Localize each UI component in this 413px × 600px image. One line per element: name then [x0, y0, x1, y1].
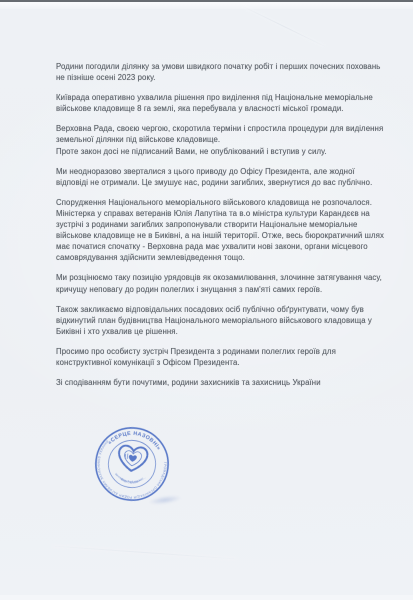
paragraph: Ми розцінюємо таку позицію урядовців як …	[56, 272, 404, 294]
memorial-columns-mark	[125, 453, 128, 459]
paragraph: Ми неодноразово зверталися з цього приво…	[56, 166, 404, 188]
paragraph: Верховна Рада, своєю чергою, скоротила т…	[56, 123, 404, 156]
scan-edge-top-light	[0, 2, 413, 9]
heart-logo	[117, 445, 148, 473]
letter-body: Родини погодили ділянку за умови швидког…	[56, 61, 404, 397]
paragraph: Родини погодили ділянку за умови швидког…	[56, 61, 404, 83]
scan-edge-bottom	[0, 595, 413, 600]
paragraph: Спорудження Національного меморіального …	[56, 197, 404, 264]
paragraph: Київрада оперативно ухвалила рішення про…	[56, 92, 404, 114]
paragraph: Також закликаємо відповідальних посадови…	[56, 304, 404, 337]
paper-crease-bottom-left	[52, 546, 237, 560]
ngo-round-stamp: ГРОМАДСЬКА ОРГАНІЗАЦІЯ РОДИН ЗАГИБЛИХ ЗА…	[90, 422, 175, 507]
scanned-letter-page: Родини погодили ділянку за умови швидког…	[0, 0, 413, 600]
stamp-svg: ГРОМАДСЬКА ОРГАНІЗАЦІЯ РОДИН ЗАГИБЛИХ ЗА…	[90, 422, 175, 507]
heart-fill-center	[128, 455, 137, 463]
paper-crease-top-right	[242, 6, 325, 47]
paragraph: Просимо про особисту зустріч Президента …	[56, 346, 404, 368]
closing-line: Зі сподіванням бути почутими, родини зах…	[56, 377, 404, 388]
